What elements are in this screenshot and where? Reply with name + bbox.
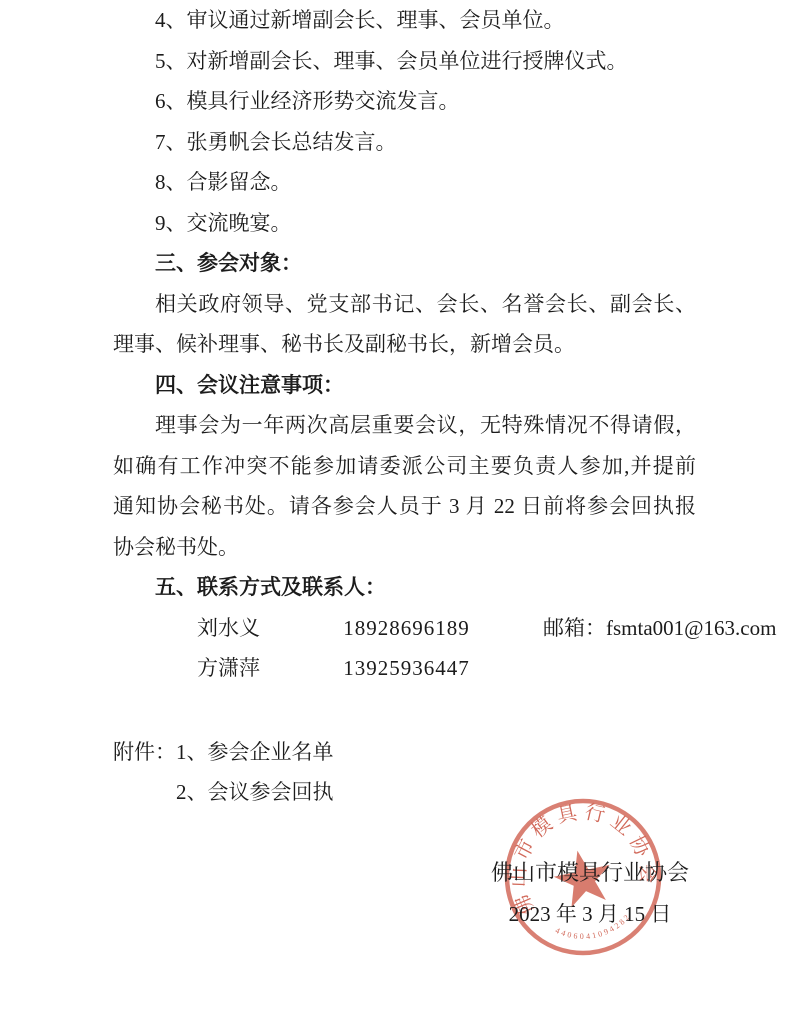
agenda-item-9: 9、交流晚宴。 bbox=[113, 203, 696, 244]
section-3-line-1: 相关政府领导、党支部书记、会长、名誉会长、副会长、 bbox=[113, 284, 696, 325]
contact-phone: 18928696189 bbox=[301, 608, 470, 649]
section-3-heading: 三、参会对象： bbox=[113, 243, 696, 284]
attachment-line-1: 附件：1、参会企业名单 bbox=[113, 732, 696, 773]
contact-row-2: 方潇萍 13925936447 bbox=[113, 648, 696, 689]
contact-email: 邮箱：fsmta001@163.com bbox=[501, 608, 776, 649]
section-4-line-3: 通知协会秘书处。请各参会人员于 3 月 22 日前将参会回执报 bbox=[113, 486, 696, 527]
agenda-item-4: 4、审议通过新增副会长、理事、会员单位。 bbox=[113, 0, 696, 41]
section-4-line-2: 如确有工作冲突不能参加请委派公司主要负责人参加,并提前 bbox=[113, 446, 696, 487]
document-page: 4、审议通过新增副会长、理事、会员单位。 5、对新增副会长、理事、会员单位进行授… bbox=[0, 0, 800, 1033]
section-4-line-1: 理事会为一年两次高层重要会议，无特殊情况不得请假， bbox=[113, 405, 696, 446]
section-5-heading: 五、联系方式及联系人： bbox=[113, 567, 696, 608]
signature-date: 2023 年 3 月 15 日 bbox=[470, 894, 710, 935]
agenda-item-8: 8、合影留念。 bbox=[113, 162, 696, 203]
section-4-line-4: 协会秘书处。 bbox=[113, 527, 696, 568]
attachment-item-1: 1、参会企业名单 bbox=[176, 740, 334, 764]
agenda-item-6: 6、模具行业经济形势交流发言。 bbox=[113, 81, 696, 122]
section-3-line-2: 理事、候补理事、秘书长及副秘书长，新增会员。 bbox=[113, 324, 696, 365]
attachments-label: 附件： bbox=[113, 740, 176, 764]
contact-row-1: 刘水义 18928696189 邮箱：fsmta001@163.com bbox=[113, 608, 696, 649]
contact-name: 方潇萍 bbox=[155, 648, 260, 689]
attachment-item-2: 2、会议参会回执 bbox=[176, 780, 334, 804]
agenda-item-7: 7、张勇帆会长总结发言。 bbox=[113, 122, 696, 163]
section-4-heading: 四、会议注意事项： bbox=[113, 365, 696, 406]
signature-block: 佛山市模具行业协会 2023 年 3 月 15 日 bbox=[470, 853, 710, 934]
contact-name: 刘水义 bbox=[155, 608, 260, 649]
attachments-block: 附件：1、参会企业名单 2、会议参会回执 bbox=[113, 732, 696, 813]
contact-phone: 13925936447 bbox=[301, 648, 470, 689]
signature-org: 佛山市模具行业协会 bbox=[470, 853, 710, 894]
attachment-line-2: 2、会议参会回执 bbox=[176, 772, 696, 813]
agenda-item-5: 5、对新增副会长、理事、会员单位进行授牌仪式。 bbox=[113, 41, 696, 82]
document-body: 4、审议通过新增副会长、理事、会员单位。 5、对新增副会长、理事、会员单位进行授… bbox=[0, 0, 800, 813]
